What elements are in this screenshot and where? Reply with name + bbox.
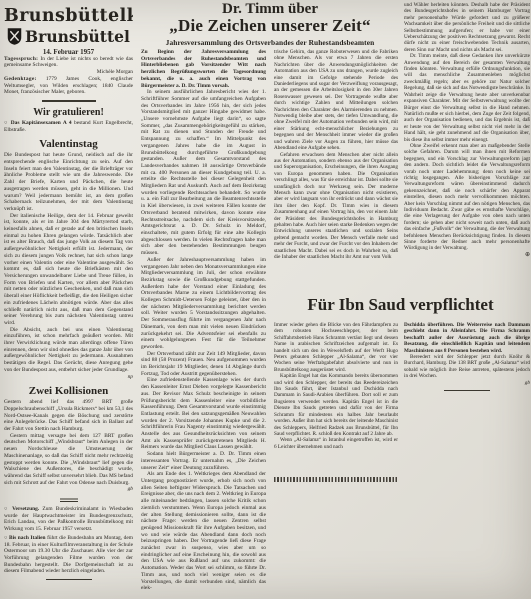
article-paragraph: Bereedert wird der Schlepper jetzt durch… [404, 354, 530, 380]
left-column: Brunsbüttelkoog Brunsbüttel 14. Februar … [4, 2, 133, 597]
main-headline-line1: Dr. Timm über [140, 1, 400, 17]
valentine-signature: np [4, 374, 133, 381]
note-lead: ○ Bis nach Italien [4, 535, 46, 541]
collisions-heading: Zwei Kollisionen [4, 385, 133, 397]
article-paragraph: In seinem ausführlichen Jahresbericht wi… [141, 89, 266, 257]
valentine-heading: Valentinstag [4, 138, 133, 150]
valentine-paragraph: Der italienische Heilige, dem der 14. Fe… [4, 213, 133, 327]
news-note: ○ Bis nach Italien führt die Bundesbahn … [4, 535, 133, 575]
main-article-header: Dr. Timm über „Die Zeichen unserer Zeit“… [140, 1, 400, 47]
tagesspruch-author: Michèle Morgan [4, 69, 133, 76]
article-paragraph: Immer wieder gehen die Blicke von den Fä… [274, 322, 398, 373]
collisions-paragraph: Gestern mittag versagte bei dem 127 BRT … [4, 433, 133, 487]
note-lead: ○ Versetzung. [4, 506, 39, 512]
tagesspruch-label: Tagesspruch: [4, 56, 38, 62]
article-column-4: und Wähler herleiten könnten. Deshalb ha… [404, 2, 530, 293]
masthead-line2: Brunsbüttel [25, 28, 130, 45]
issue-date: 14. Februar 1957 [4, 49, 133, 56]
section-rule [42, 100, 96, 102]
ibn-saud-column-right: Dschidda überführen. Die Weiterreise nac… [404, 322, 530, 437]
news-note: ○ Versetzung. Zum Bundeskriminalamt in W… [4, 506, 133, 533]
article-paragraph: Sodann hielt Bürgermeister a. D. Dr. Tim… [141, 451, 266, 471]
main-headline-line2: „Die Zeichen unserer Zeit“ [140, 17, 400, 35]
congrats-item: ○ Das Kapitänsexamen A 4 bestand Kurt En… [4, 120, 133, 133]
newspaper-page: Brunsbüttelkoog Brunsbüttel 14. Februar … [0, 0, 531, 599]
article-paragraph: Eine zufriedenstellende Kassenlage wies … [141, 377, 266, 451]
tagesspruch: Tagesspruch: In der Liebe ist nichts so … [4, 56, 133, 69]
ibn-saud-column-left: Immer wieder gehen die Blicke von den Fä… [274, 322, 398, 474]
note-text: führt die Bundesbahn am Montag, dem 18. … [4, 535, 133, 575]
article-paragraph: Außer der Jahreshauptversammlung haben i… [141, 257, 266, 351]
gedenktage-label: Gedenktage: [4, 76, 37, 82]
article-column-3: trische Gehirn, das ganze Roboterwesen u… [274, 49, 398, 292]
congrats-heading: Wir gratulieren! [4, 107, 133, 118]
collisions-paragraph: Gestern abend lief das 4997 BRT große Do… [4, 399, 133, 433]
ibn-saud-signature: gb [404, 380, 530, 386]
article-end-mark: ⊕ [404, 252, 530, 258]
article-paragraph: und Wähler herleiten könnten. Deshalb ha… [404, 2, 530, 53]
article-paragraph: Gefahren erwachsen dem Menschen aber nic… [274, 152, 398, 261]
article-paragraph: Der Ortsverband zählt zur Zeit 149 Mitgl… [141, 351, 266, 378]
article-lead-paragraph: Zu Beginn der Jahresversammlung des Orts… [141, 49, 266, 89]
article-column-2: Zu Beginn der Jahresversammlung des Orts… [141, 49, 266, 597]
masthead-line1: Brunsbüttelkoog [4, 7, 133, 26]
collisions-signature: gb [4, 486, 133, 493]
article-paragraph: Dr. Timm meinte, daß diese Gedanken ihre… [404, 53, 530, 143]
masthead: Brunsbüttelkoog Brunsbüttel 14. Februar … [4, 2, 133, 56]
congrats-item-lead: ○ Das Kapitänsexamen A 4 [4, 120, 72, 126]
valentine-paragraph: Die Bundespost hat heute Grund, neidisch… [4, 152, 133, 212]
decorative-zigzag-rule [274, 477, 398, 482]
gedenktage: Gedenktage: 1779 James Cook, englischer … [4, 76, 133, 96]
section-rule [46, 579, 92, 580]
article-paragraph: Ohne Zweifel erkennt man aber an maßgebe… [404, 143, 530, 252]
article-paragraph-bold: Dschidda überführen. Die Weiterreise nac… [404, 322, 530, 354]
article-end-rule [444, 390, 490, 391]
article-paragraph: Kapitän Engel hat das Kommando bereits ü… [274, 373, 398, 437]
section-separator [60, 497, 78, 502]
article-paragraph: Als am Ende des 1. Weltkrieges dem Abend… [141, 471, 266, 592]
article-paragraph: Wenn „Al-Salama“ in Istanbul eingetroffe… [274, 437, 398, 450]
coat-of-arms-icon [7, 27, 22, 46]
ibn-saud-headline: Für Ibn Saud verpflichtet [270, 295, 531, 314]
article-paragraph: trische Gehirn, das ganze Roboterwesen u… [274, 49, 398, 152]
valentine-paragraph: Die Absicht, auch bei uns einen Valentin… [4, 327, 133, 374]
main-subheadline: Jahresversammlung des Ortsverbandes der … [140, 38, 400, 47]
